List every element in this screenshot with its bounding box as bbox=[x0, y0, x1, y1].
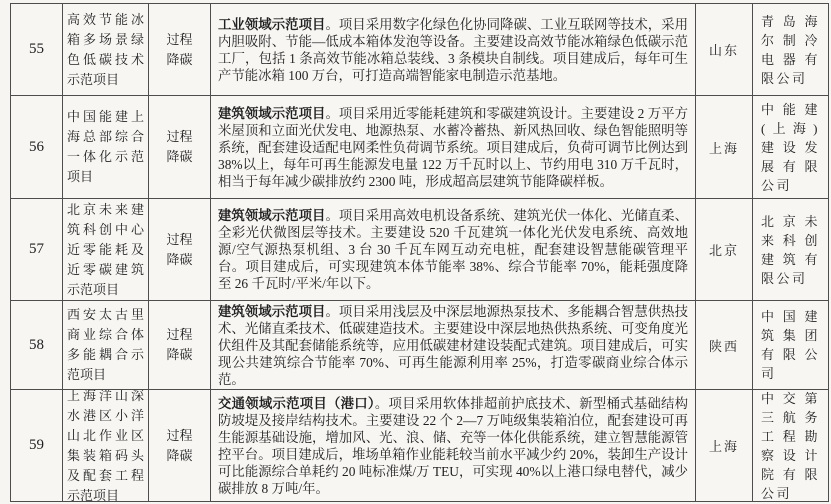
table-row: 55 高效节能冰箱多场景绿色低碳技术示范项目 过程降碳 工业领域示范项目。项目采… bbox=[11, 4, 828, 96]
category-text: 过程降碳 bbox=[165, 230, 195, 270]
row-number-text: 57 bbox=[29, 241, 44, 258]
project-name-text: 高效节能冰箱多场景绿色低碳技术示范项目 bbox=[67, 10, 144, 90]
project-name-cell: 北京未来建筑科创中心近零能耗及近零碳建筑示范项目 bbox=[63, 199, 149, 300]
project-name-cell: 中国能建上海总部综合一体化示范项目 bbox=[63, 96, 149, 198]
category-text: 过程降碳 bbox=[165, 426, 195, 466]
description-text: 交通领域示范项目（港口）。项目采用软体排超前护底技术、新型桶式基础结构防坡堤及接… bbox=[218, 395, 688, 497]
company-text: 北京未来科创建筑有限公司 bbox=[761, 212, 820, 288]
description-text: 工业领域示范项目。项目采用数字化绿色化协同降碳、工业互联网等技术，采用内胆吸附、… bbox=[218, 16, 688, 84]
company-text: 中能建(上海)建设发展有限公司 bbox=[761, 100, 820, 195]
table-row: 57 北京未来建筑科创中心近零能耗及近零碳建筑示范项目 过程降碳 建筑领域示范项… bbox=[11, 199, 828, 301]
province-cell: 上海 bbox=[696, 390, 753, 501]
category-cell: 过程降碳 bbox=[149, 199, 211, 300]
province-text: 上海 bbox=[709, 138, 739, 157]
province-cell: 北京 bbox=[696, 199, 753, 300]
project-name-text: 北京未来建筑科创中心近零能耗及近零碳建筑示范项目 bbox=[67, 200, 144, 300]
row-number: 57 bbox=[11, 199, 63, 300]
province-text: 山东 bbox=[709, 40, 739, 59]
description-lead-text: 建筑领域示范项目 bbox=[218, 208, 325, 223]
province-text: 陕西 bbox=[709, 336, 739, 355]
category-cell: 过程降碳 bbox=[149, 390, 211, 501]
description-lead-text: 工业领域示范项目 bbox=[218, 17, 325, 32]
province-cell: 陕西 bbox=[696, 301, 753, 389]
project-name-text: 中国能建上海总部综合一体化示范项目 bbox=[67, 107, 144, 187]
table-row: 56 中国能建上海总部综合一体化示范项目 过程降碳 建筑领域示范项目。项目采用近… bbox=[11, 96, 828, 199]
company-text: 青岛海尔制冷电器有限公司 bbox=[761, 12, 820, 88]
company-cell: 中国建筑集团有限公司 bbox=[753, 301, 828, 389]
description-cell: 建筑领域示范项目。项目采用高效电机设备系统、建筑光伏一体化、光储直柔、全彩光伏微… bbox=[211, 199, 696, 300]
row-number: 55 bbox=[11, 4, 63, 95]
project-name-text: 西安太古里商业综合体多能耦合示范项目 bbox=[67, 305, 144, 385]
category-text: 过程降碳 bbox=[165, 127, 195, 167]
row-number: 56 bbox=[11, 96, 63, 198]
category-cell: 过程降碳 bbox=[149, 301, 211, 389]
description-lead-text: 建筑领域示范项目 bbox=[218, 106, 325, 121]
company-cell: 中交第三航务工程勘察设计院有限公司 bbox=[753, 390, 828, 501]
category-text: 过程降碳 bbox=[165, 325, 195, 365]
project-name-cell: 上海洋山深水港区小洋山北作业区集装箱码头及配套工程示范项目 bbox=[63, 390, 149, 501]
row-number-text: 59 bbox=[29, 437, 44, 454]
row-number-text: 58 bbox=[29, 337, 44, 354]
province-text: 上海 bbox=[709, 436, 739, 455]
row-number-text: 56 bbox=[29, 139, 44, 156]
company-cell: 中能建(上海)建设发展有限公司 bbox=[753, 96, 828, 198]
description-text: 建筑领域示范项目。项目采用高效电机设备系统、建筑光伏一体化、光储直柔、全彩光伏微… bbox=[218, 207, 688, 292]
project-name-text: 上海洋山深水港区小洋山北作业区集装箱码头及配套工程示范项目 bbox=[67, 390, 144, 501]
projects-table: 55 高效节能冰箱多场景绿色低碳技术示范项目 过程降碳 工业领域示范项目。项目采… bbox=[10, 3, 829, 502]
province-text: 北京 bbox=[709, 240, 739, 259]
project-name-cell: 西安太古里商业综合体多能耦合示范项目 bbox=[63, 301, 149, 389]
description-cell: 建筑领域示范项目。项目采用近零能耗建筑和零碳建筑设计。主要建设 2 万平方米屋顶… bbox=[211, 96, 696, 198]
category-cell: 过程降碳 bbox=[149, 4, 211, 95]
project-name-cell: 高效节能冰箱多场景绿色低碳技术示范项目 bbox=[63, 4, 149, 95]
description-text: 建筑领域示范项目。项目采用浅层及中深层地源热泵技术、多能耦合智慧供热技术、光储直… bbox=[218, 303, 688, 388]
description-lead-text: 建筑领域示范项目 bbox=[218, 304, 325, 319]
row-number-text: 55 bbox=[29, 41, 44, 58]
description-cell: 交通领域示范项目（港口）。项目采用软体排超前护底技术、新型桶式基础结构防坡堤及接… bbox=[211, 390, 696, 501]
company-text: 中国建筑集团有限公司 bbox=[761, 307, 820, 383]
description-cell: 工业领域示范项目。项目采用数字化绿色化协同降碳、工业互联网等技术，采用内胆吸附、… bbox=[211, 4, 696, 95]
description-cell: 建筑领域示范项目。项目采用浅层及中深层地源热泵技术、多能耦合智慧供热技术、光储直… bbox=[211, 301, 696, 389]
category-text: 过程降碳 bbox=[165, 30, 195, 70]
company-cell: 青岛海尔制冷电器有限公司 bbox=[753, 4, 828, 95]
company-text: 中交第三航务工程勘察设计院有限公司 bbox=[761, 390, 820, 501]
description-text: 建筑领域示范项目。项目采用近零能耗建筑和零碳建筑设计。主要建设 2 万平方米屋顶… bbox=[218, 105, 688, 190]
category-cell: 过程降碳 bbox=[149, 96, 211, 198]
province-cell: 上海 bbox=[696, 96, 753, 198]
province-cell: 山东 bbox=[696, 4, 753, 95]
description-lead-text: 交通领域示范项目（港口） bbox=[218, 396, 375, 411]
table-row: 58 西安太古里商业综合体多能耦合示范项目 过程降碳 建筑领域示范项目。项目采用… bbox=[11, 301, 828, 390]
table-row: 59 上海洋山深水港区小洋山北作业区集装箱码头及配套工程示范项目 过程降碳 交通… bbox=[11, 390, 828, 501]
row-number: 58 bbox=[11, 301, 63, 389]
company-cell: 北京未来科创建筑有限公司 bbox=[753, 199, 828, 300]
row-number: 59 bbox=[11, 390, 63, 501]
